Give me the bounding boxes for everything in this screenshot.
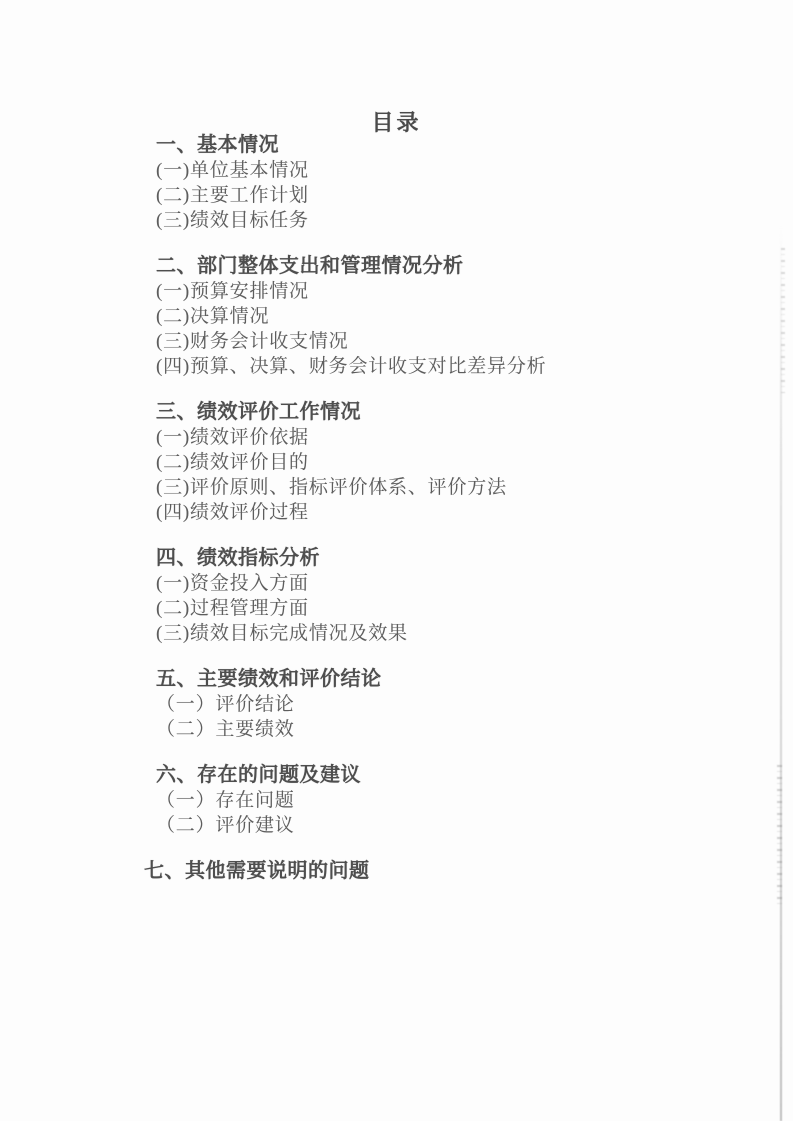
- toc-section-1: 一、基本情况 (一)单位基本情况 (二)主要工作计划 (三)绩效目标任务: [156, 133, 693, 233]
- toc-section-6: 六、存在的问题及建议 （一）存在问题 （二）评价建议: [156, 763, 693, 838]
- toc-item: （二）主要绩效: [156, 717, 693, 742]
- table-of-contents: 一、基本情况 (一)单位基本情况 (二)主要工作计划 (三)绩效目标任务 二、部…: [156, 133, 693, 884]
- toc-item: (三)财务会计收支情况: [156, 329, 693, 354]
- toc-item: (一)绩效评价依据: [156, 425, 693, 450]
- toc-section-heading: 六、存在的问题及建议: [156, 763, 693, 788]
- toc-section-7: 七、其他需要说明的问题: [144, 859, 693, 884]
- toc-section-5: 五、主要绩效和评价结论 （一）评价结论 （二）主要绩效: [156, 667, 693, 742]
- toc-item: (一)资金投入方面: [156, 571, 693, 596]
- scan-artifact-bleedthrough-top: [781, 248, 785, 393]
- toc-item: (一)单位基本情况: [156, 158, 693, 183]
- toc-item: (二)过程管理方面: [156, 596, 693, 621]
- toc-item: (三)绩效目标完成情况及效果: [156, 621, 693, 646]
- toc-item: （一）存在问题: [156, 788, 693, 813]
- toc-item: (二)主要工作计划: [156, 183, 693, 208]
- toc-item: (三)绩效目标任务: [156, 208, 693, 233]
- toc-item: (一)预算安排情况: [156, 279, 693, 304]
- toc-section-heading: 三、绩效评价工作情况: [156, 400, 693, 425]
- toc-section-3: 三、绩效评价工作情况 (一)绩效评价依据 (二)绩效评价目的 (三)评价原则、指…: [156, 400, 693, 525]
- toc-section-heading: 二、部门整体支出和管理情况分析: [156, 254, 693, 279]
- scan-artifact-bleedthrough-bottom: [777, 765, 782, 907]
- toc-section-2: 二、部门整体支出和管理情况分析 (一)预算安排情况 (二)决算情况 (三)财务会…: [156, 254, 693, 379]
- toc-item: (四)绩效评价过程: [156, 500, 693, 525]
- toc-section-heading: 七、其他需要说明的问题: [144, 859, 693, 884]
- toc-item: (三)评价原则、指标评价体系、评价方法: [156, 475, 693, 500]
- toc-section-4: 四、绩效指标分析 (一)资金投入方面 (二)过程管理方面 (三)绩效目标完成情况…: [156, 546, 693, 646]
- toc-item: (二)决算情况: [156, 304, 693, 329]
- toc-section-heading: 四、绩效指标分析: [156, 546, 693, 571]
- toc-item: （二）评价建议: [156, 813, 693, 838]
- scanned-document-page: 目录 一、基本情况 (一)单位基本情况 (二)主要工作计划 (三)绩效目标任务 …: [0, 0, 793, 1121]
- toc-section-heading: 一、基本情况: [156, 133, 693, 158]
- toc-section-heading: 五、主要绩效和评价结论: [156, 667, 693, 692]
- toc-item: (四)预算、决算、财务会计收支对比差异分析: [156, 354, 693, 379]
- toc-item: （一）评价结论: [156, 692, 693, 717]
- toc-item: (二)绩效评价目的: [156, 450, 693, 475]
